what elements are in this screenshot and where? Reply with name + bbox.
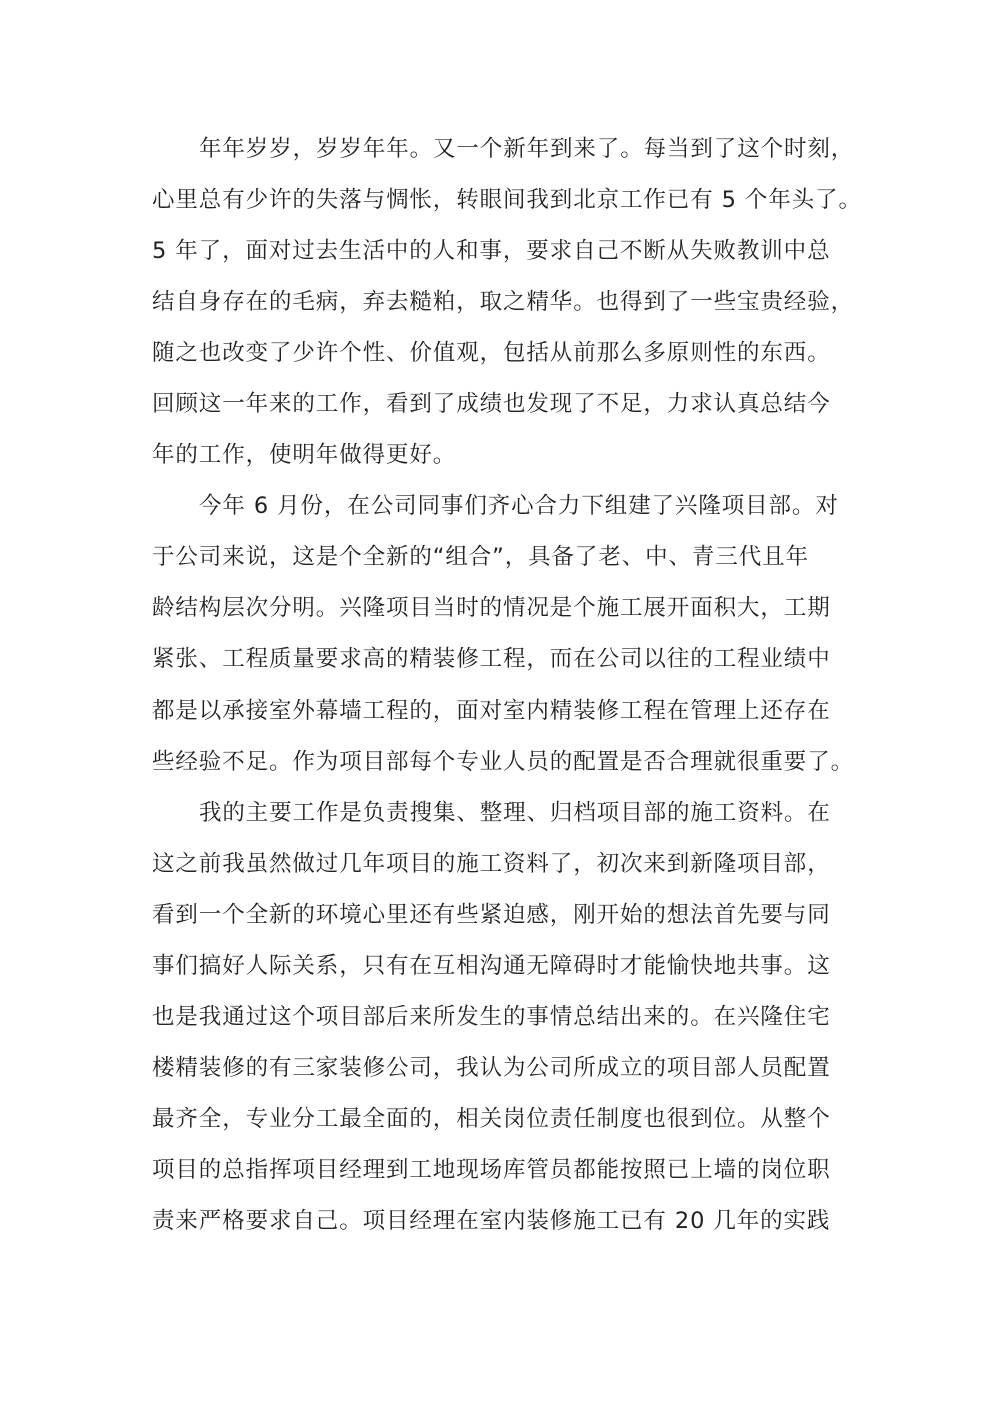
text-line: 也是我通过这个项目部后来所发生的事情总结出来的。在兴隆住宅 [152, 992, 852, 1043]
text-line: 看到一个全新的环境心里还有些紧迫感，刚开始的想法首先要与同 [152, 890, 852, 941]
text-line: 年年岁岁，岁岁年年。又一个新年到来了。每当到了这个时刻， [152, 124, 852, 175]
text-line: 年的工作，使明年做得更好。 [152, 430, 852, 481]
text-line: 楼精装修的有三家装修公司，我认为公司所成立的项目部人员配置 [152, 1043, 852, 1094]
text-line: 事们搞好人际关系，只有在互相沟通无障碍时才能愉快地共事。这 [152, 941, 852, 992]
text-line: 紧张、工程质量要求高的精装修工程，而在公司以往的工程业绩中 [152, 634, 852, 685]
text-line: 心里总有少许的失落与惆怅，转眼间我到北京工作已有 5 个年头了。 [152, 175, 852, 226]
text-line: 结自身存在的毛病，弃去糙粕，取之精华。也得到了一些宝贵经验， [152, 277, 852, 328]
paragraph-3: 我的主要工作是负责搜集、整理、归档项目部的施工资料。在 这之前我虽然做过几年项目… [152, 788, 852, 1247]
text-line: 些经验不足。作为项目部每个专业人员的配置是否合理就很重要了。 [152, 737, 852, 788]
paragraph-2: 今年 6 月份，在公司同事们齐心合力下组建了兴隆项目部。对 于公司来说，这是个全… [152, 481, 852, 787]
text-line: 龄结构层次分明。兴隆项目当时的情况是个施工展开面积大，工期 [152, 583, 852, 634]
document-page: 年年岁岁，岁岁年年。又一个新年到来了。每当到了这个时刻， 心里总有少许的失落与惆… [152, 124, 852, 1247]
text-line: 5 年了，面对过去生活中的人和事，要求自己不断从失败教训中总 [152, 226, 852, 277]
text-line: 随之也改变了少许个性、价值观，包括从前那么多原则性的东西。 [152, 328, 852, 379]
paragraph-1: 年年岁岁，岁岁年年。又一个新年到来了。每当到了这个时刻， 心里总有少许的失落与惆… [152, 124, 852, 481]
text-line: 都是以承接室外幕墙工程的，面对室内精装修工程在管理上还存在 [152, 686, 852, 737]
text-line: 最齐全，专业分工最全面的，相关岗位责任制度也很到位。从整个 [152, 1094, 852, 1145]
text-line: 这之前我虽然做过几年项目的施工资料了，初次来到新隆项目部， [152, 839, 852, 890]
text-line: 责来严格要求自己。项目经理在室内装修施工已有 20 几年的实践 [152, 1196, 852, 1247]
text-line: 我的主要工作是负责搜集、整理、归档项目部的施工资料。在 [152, 788, 852, 839]
text-line: 于公司来说，这是个全新的“组合”，具备了老、中、青三代且年 [152, 532, 852, 583]
text-line: 回顾这一年来的工作，看到了成绩也发现了不足，力求认真总结今 [152, 379, 852, 430]
text-line: 今年 6 月份，在公司同事们齐心合力下组建了兴隆项目部。对 [152, 481, 852, 532]
text-line: 项目的总指挥项目经理到工地现场库管员都能按照已上墙的岗位职 [152, 1145, 852, 1196]
